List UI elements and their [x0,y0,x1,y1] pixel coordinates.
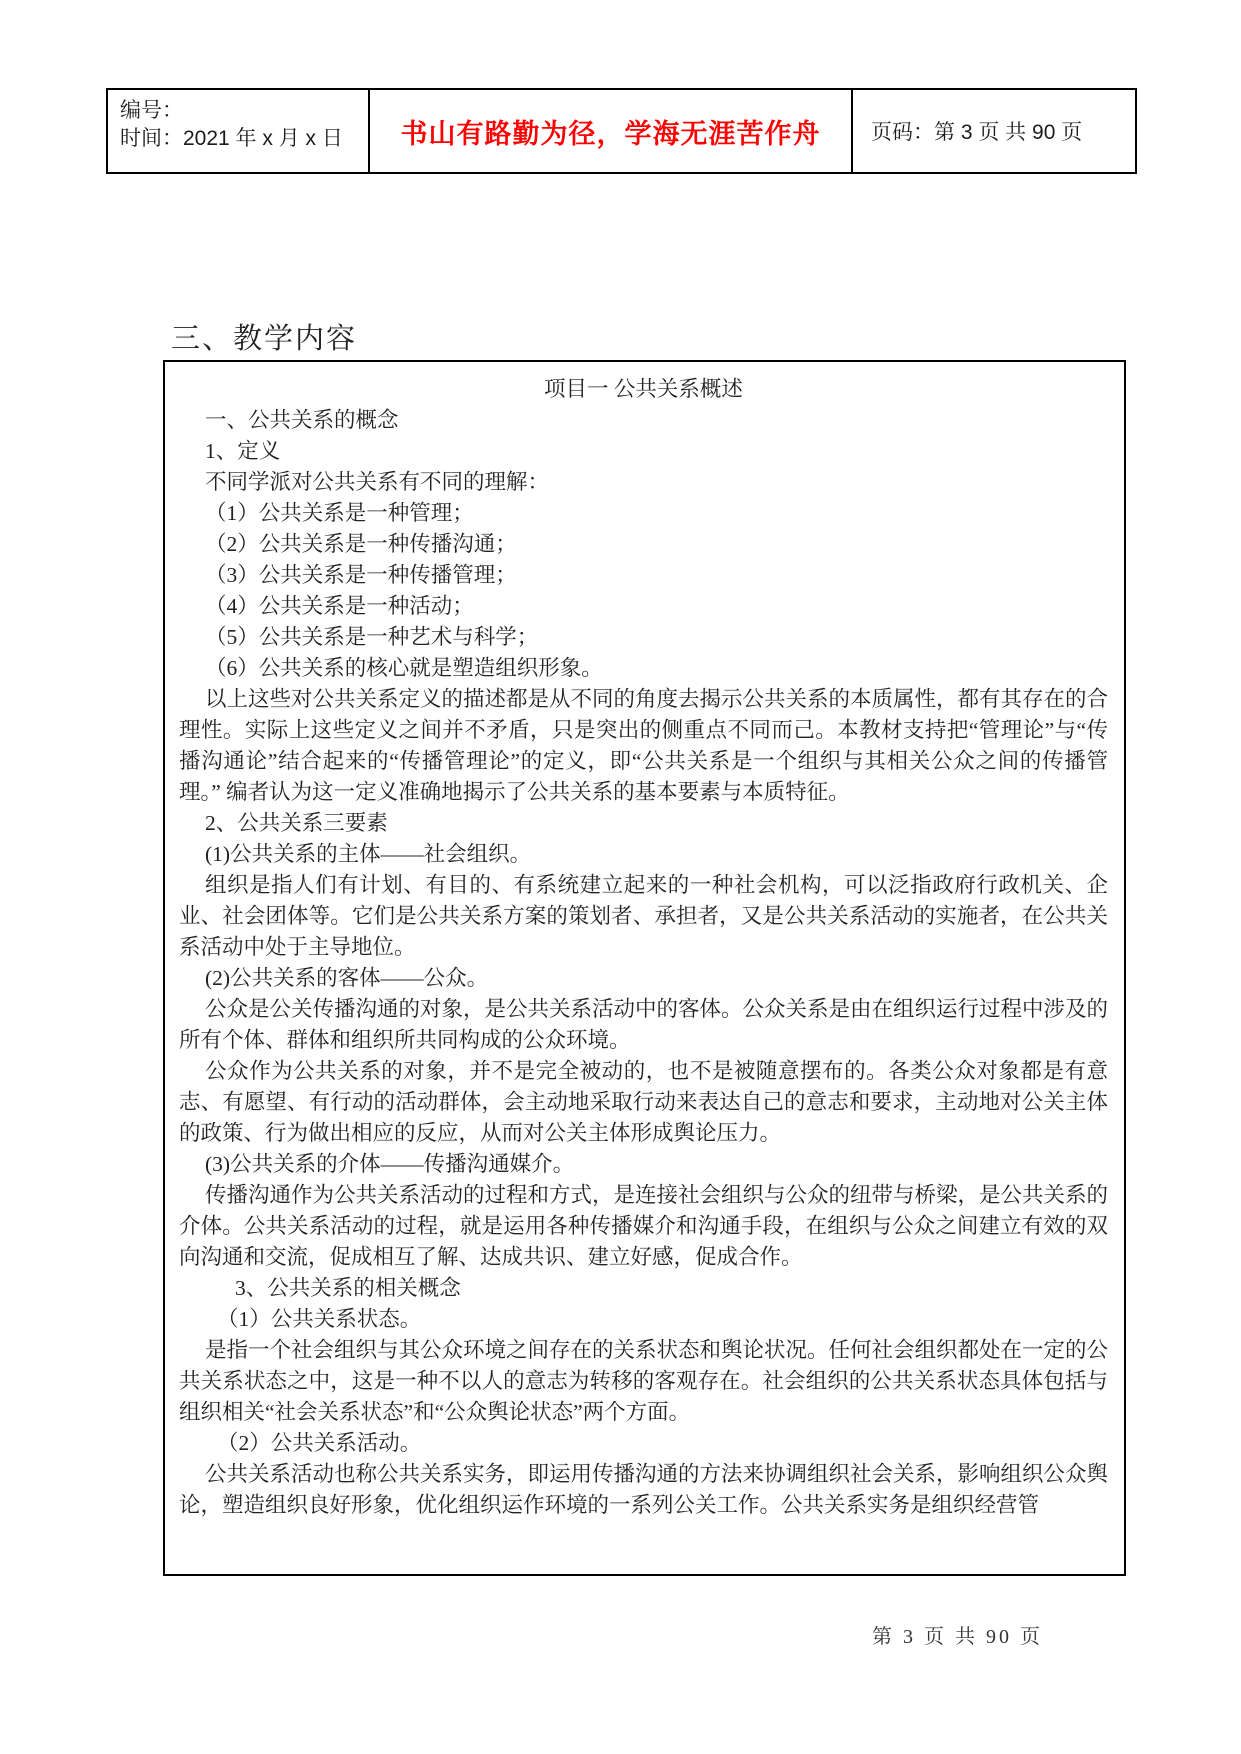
paragraph: 传播沟通作为公共关系活动的过程和方式，是连接社会组织与公众的纽带与桥梁，是公共关… [179,1180,1108,1273]
page-number-footer: 第 3 页 共 90 页 [872,1620,1043,1649]
paragraph: 是指一个社会组织与其公众环境之间存在的关系状态和舆论状况。任何社会组织都处在一定… [179,1335,1108,1428]
paragraph: (2)公共关系的客体——公众。 [179,963,1108,994]
header-number-label: 编号： [120,97,368,125]
paragraph: 公众作为公共关系的对象，并不是完全被动的，也不是被随意摆布的。各类公众对象都是有… [179,1056,1108,1149]
paragraph: 3、公共关系的相关概念 [179,1273,1108,1304]
paragraph: （2）公共关系活动。 [179,1428,1108,1459]
header-page-label: 页码：第 3 页 共 90 页 [871,116,1082,146]
paragraph: 组织是指人们有计划、有目的、有系统建立起来的一种社会机构，可以泛指政府行政机关、… [179,870,1108,963]
paragraph: 2、公共关系三要素 [179,808,1108,839]
paragraph: （6）公共关系的核心就是塑造组织形象。 [179,653,1108,684]
section-heading: 三、教学内容 [171,316,357,357]
paragraph: 公众是公关传播沟通的对象，是公共关系活动中的客体。公众关系是由在组织运行过程中涉… [179,994,1108,1056]
header-cell-page: 页码：第 3 页 共 90 页 [853,90,1135,172]
paragraph: 不同学派对公共关系有不同的理解： [179,467,1108,498]
paragraph: (1)公共关系的主体——社会组织。 [179,839,1108,870]
header-motto: 书山有路勤为径，学海无涯苦作舟 [401,112,821,151]
paragraph: (3)公共关系的介体——传播沟通媒介。 [179,1149,1108,1180]
content-title: 项目一 公共关系概述 [179,374,1108,405]
paragraph: （4）公共关系是一种活动； [179,591,1108,622]
paragraph: （5）公共关系是一种艺术与科学； [179,622,1108,653]
paragraph: 1、定义 [179,436,1108,467]
paragraph: （1）公共关系是一种管理； [179,498,1108,529]
paragraph: （1）公共关系状态。 [179,1304,1108,1335]
header-time-label: 时间：2021 年 x 月 x 日 [120,125,368,153]
paragraph: 公共关系活动也称公共关系实务，即运用传播沟通的方法来协调组织社会关系，影响组织公… [179,1459,1108,1521]
header-cell-meta: 编号： 时间：2021 年 x 月 x 日 [108,90,370,172]
paragraph: （2）公共关系是一种传播沟通； [179,529,1108,560]
paragraph: （3）公共关系是一种传播管理； [179,560,1108,591]
header-table: 编号： 时间：2021 年 x 月 x 日 书山有路勤为径，学海无涯苦作舟 页码… [106,88,1137,174]
content-box: 项目一 公共关系概述 一、公共关系的概念 1、定义 不同学派对公共关系有不同的理… [163,360,1126,1576]
paragraph: 一、公共关系的概念 [179,405,1108,436]
paragraph: 以上这些对公共关系定义的描述都是从不同的角度去揭示公共关系的本质属性，都有其存在… [179,684,1108,808]
document-page: 编号： 时间：2021 年 x 月 x 日 书山有路勤为径，学海无涯苦作舟 页码… [0,0,1241,1754]
header-cell-motto: 书山有路勤为径，学海无涯苦作舟 [370,90,853,172]
